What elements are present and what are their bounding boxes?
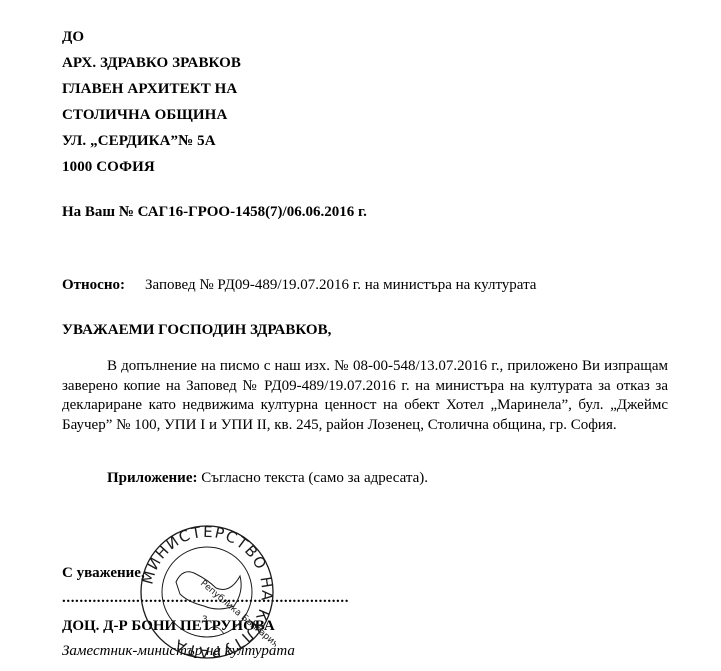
subject-label: Относно: <box>62 277 125 294</box>
recipient-name: АРХ. ЗДРАВКО ЗРАВКОВ <box>62 55 241 72</box>
body-paragraph: В допълнение на писмо с наш изх. № 08-00… <box>62 357 668 436</box>
closing-regards: С уважение, <box>62 565 145 582</box>
recipient-city: 1000 СОФИЯ <box>62 159 155 176</box>
subject-text: Заповед № РД09-489/19.07.2016 г. на мини… <box>145 277 536 294</box>
recipient-position: ГЛАВЕН АРХИТЕКТ НА <box>62 81 237 98</box>
signer-title: Заместник-министър на културата <box>62 643 295 660</box>
signer-name: ДОЦ. Д-Р БОНИ ПЕТРУНОВА <box>62 618 275 635</box>
reference-number: На Ваш № САГ16-ГРОО-1458(7)/06.06.2016 г… <box>62 204 367 221</box>
attachment-note: Приложение: Съгласно текста (само за адр… <box>107 470 428 487</box>
attachment-label: Приложение: <box>107 470 197 486</box>
recipient-street: УЛ. „СЕРДИКА”№ 5А <box>62 133 216 150</box>
signature-line: ........................................… <box>62 590 349 607</box>
recipient-organization: СТОЛИЧНА ОБЩИНА <box>62 107 227 124</box>
attachment-text: Съгласно текста (само за адресата). <box>197 470 428 486</box>
salutation: УВАЖАЕМИ ГОСПОДИН ЗДРАВКОВ, <box>62 322 331 339</box>
recipient-line-to: ДО <box>62 29 84 46</box>
